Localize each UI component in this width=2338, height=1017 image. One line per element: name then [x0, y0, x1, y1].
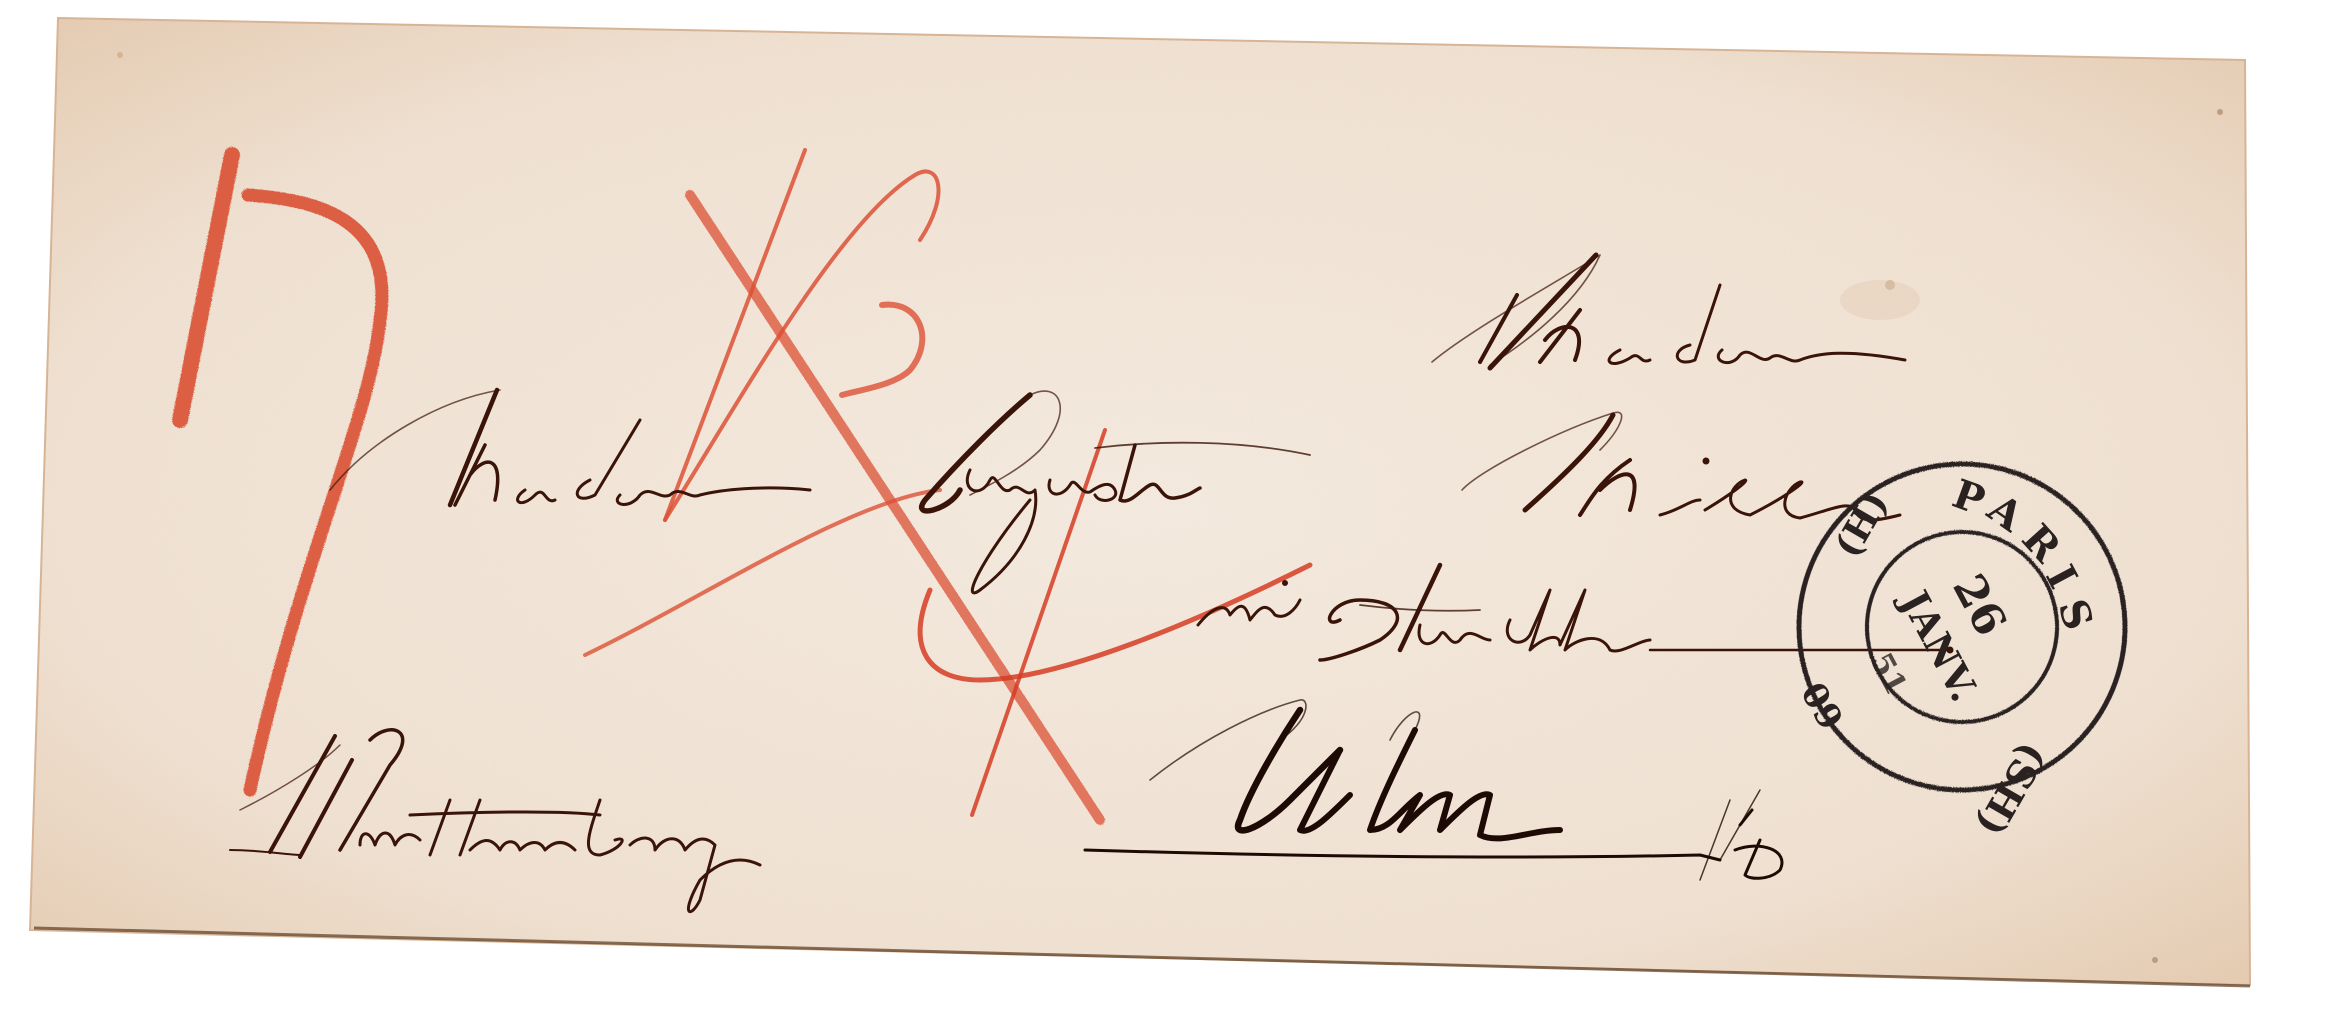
postal-cover: P A R I S (SH) (H) 60 26 JANV. 51 Madame…: [0, 0, 2338, 1017]
envelope-illustration: P A R I S (SH) (H) 60 26 JANV. 51: [0, 0, 2338, 1017]
envelope-paper: [30, 18, 2250, 986]
